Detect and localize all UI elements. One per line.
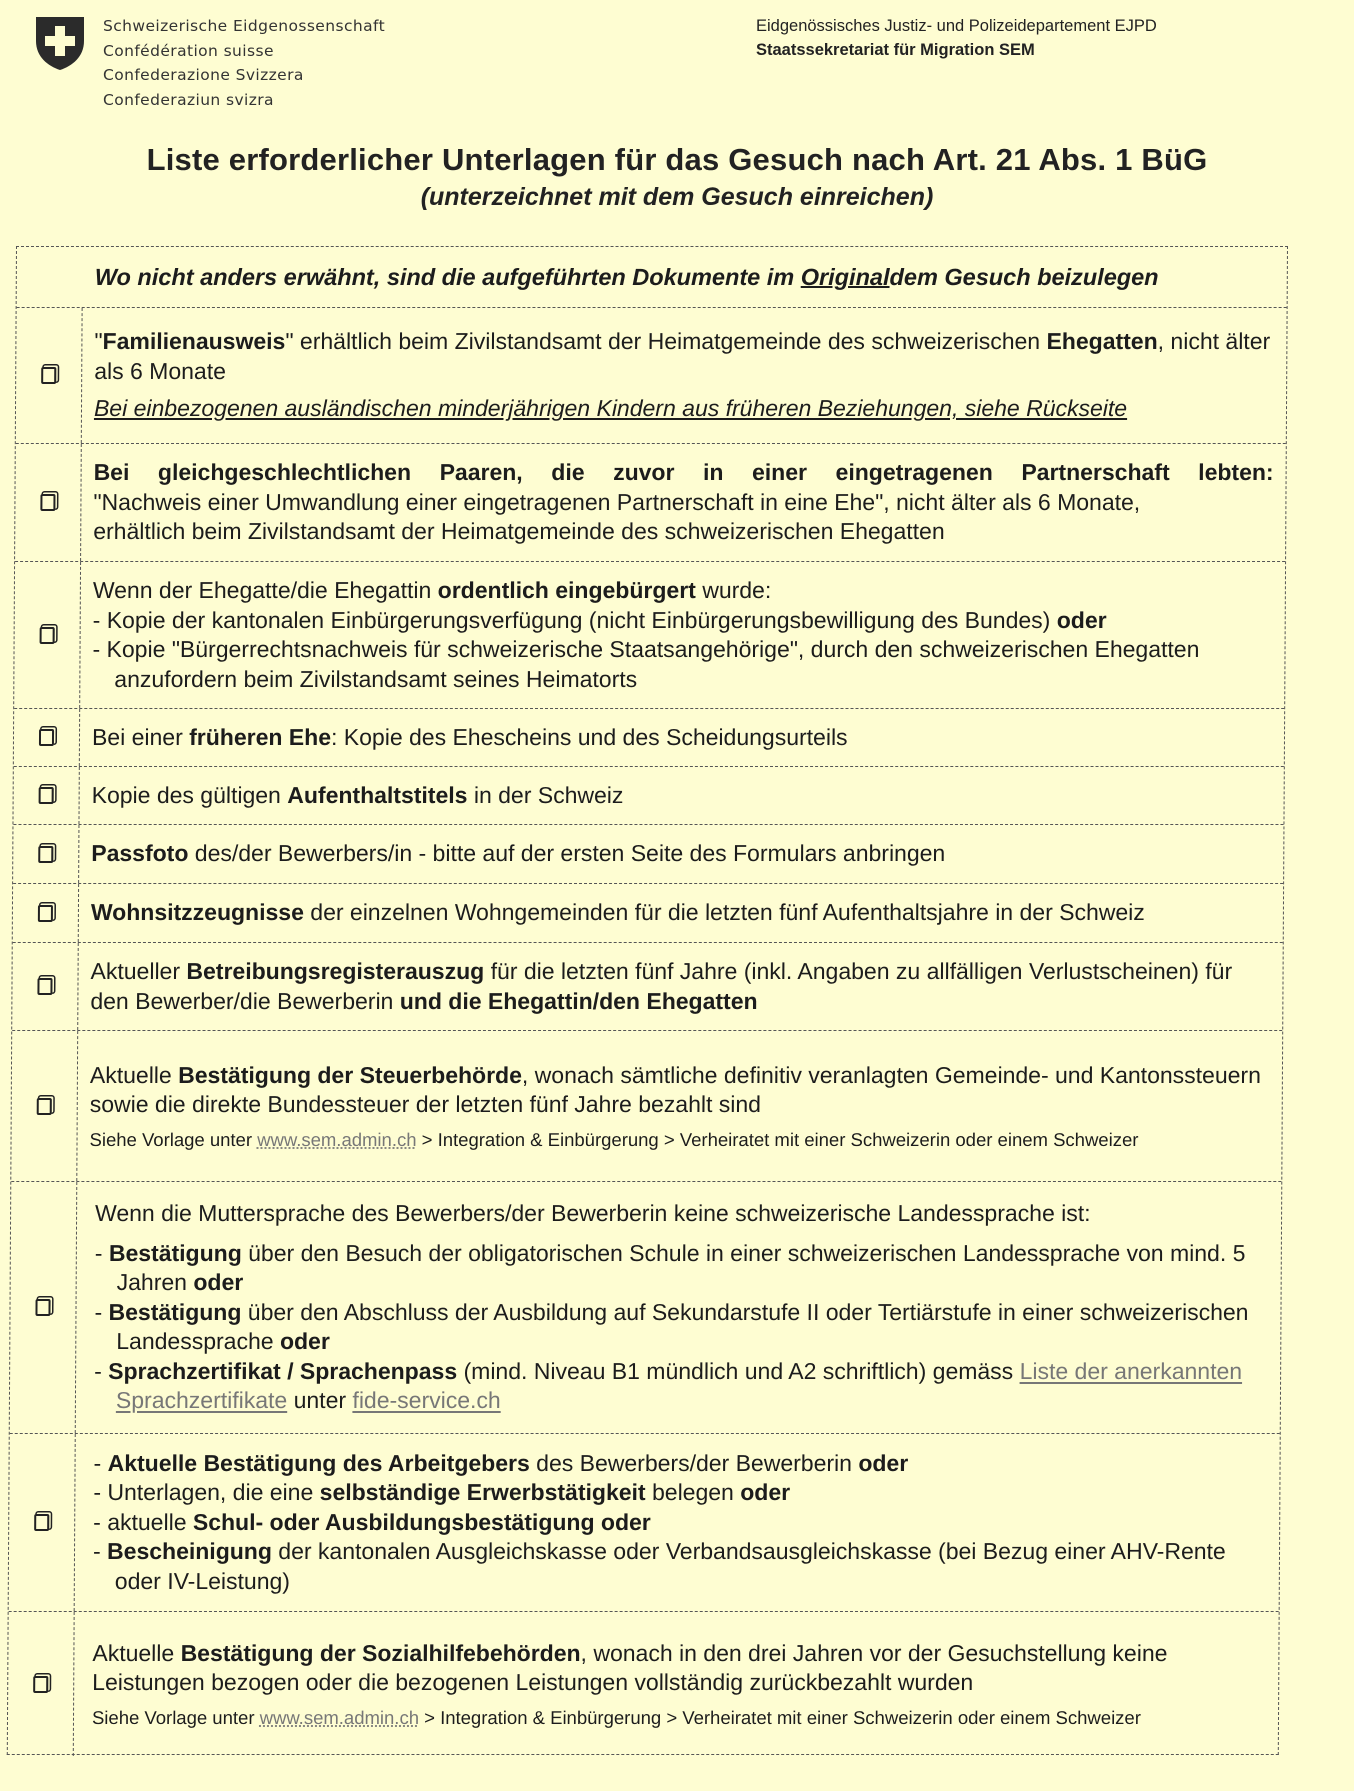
original-documents-note: Wo nicht anders erwähnt, sind die aufgef… bbox=[95, 247, 1277, 307]
checklist-item-residence-certificates: Wohnsitzzeugnisse der einzelnen Wohngeme… bbox=[13, 883, 1283, 942]
checklist-item-tax-confirmation: Aktuelle Bestätigung der Steuerbehörde, … bbox=[11, 1030, 1282, 1181]
checklist-item-partnership-conversion: Bei gleichgeschlechtlichen Paaren, die z… bbox=[15, 443, 1286, 561]
checklist-item-residence-permit: Kopie des gültigen Aufenthaltstitels in … bbox=[13, 766, 1283, 824]
confederation-name-it: Confederazione Svizzera bbox=[103, 63, 385, 88]
checkbox-icon[interactable] bbox=[37, 978, 52, 995]
checkbox-icon[interactable] bbox=[41, 367, 56, 384]
checkbox-icon[interactable] bbox=[39, 787, 54, 804]
checklist-item-language-proof: Wenn die Muttersprache des Bewerbers/der… bbox=[10, 1181, 1282, 1433]
confederation-name-fr: Confédération suisse bbox=[103, 39, 385, 64]
swiss-coat-of-arms-icon bbox=[34, 15, 86, 71]
checklist-item-employment-proof: - Aktuelle Bestätigung des Arbeitgebers … bbox=[9, 1433, 1280, 1611]
document-checklist-table: Wo nicht anders erwähnt, sind die aufgef… bbox=[7, 246, 1288, 1755]
checkbox-icon[interactable] bbox=[33, 1676, 48, 1693]
original-emphasis: Original bbox=[801, 264, 890, 291]
sem-website-link[interactable]: www.sem.admin.ch bbox=[260, 1707, 419, 1728]
checkbox-icon[interactable] bbox=[38, 846, 53, 863]
checklist-item-previous-marriage: Bei einer früheren Ehe: Kopie des Ehesch… bbox=[14, 708, 1284, 766]
checklist-item-debt-register: Aktueller Betreibungsregisterauszug für … bbox=[12, 942, 1283, 1030]
sem-website-link[interactable]: www.sem.admin.ch bbox=[257, 1129, 416, 1150]
checklist-item-naturalized-spouse: Wenn der Ehegatte/die Ehegattin ordentli… bbox=[14, 561, 1285, 708]
page-title: Liste erforderlicher Unterlagen für das … bbox=[0, 142, 1354, 178]
table-note-row: Wo nicht anders erwähnt, sind die aufgef… bbox=[17, 247, 1287, 307]
children-note-link[interactable]: Bei einbezogenen ausländischen minderjäh… bbox=[94, 394, 1274, 424]
checkbox-icon[interactable] bbox=[35, 1299, 50, 1316]
checkbox-icon[interactable] bbox=[40, 494, 55, 511]
checklist-item-familienausweis: "Familienausweis" erhältlich beim Zivils… bbox=[16, 307, 1287, 443]
checkbox-icon[interactable] bbox=[40, 627, 55, 644]
confederation-name-de: Schweizerische Eidgenossenschaft bbox=[103, 14, 385, 39]
department-block: Eidgenössisches Justiz- und Polizeidepar… bbox=[756, 14, 1157, 62]
fide-service-link[interactable]: fide-service.ch bbox=[352, 1387, 500, 1413]
checklist-item-passport-photo: Passfoto des/der Bewerbers/in - bitte au… bbox=[13, 824, 1283, 883]
confederation-names: Schweizerische Eidgenossenschaft Confédé… bbox=[103, 14, 385, 112]
checkbox-icon[interactable] bbox=[38, 905, 53, 922]
confederation-name-rm: Confederaziun svizra bbox=[103, 88, 385, 113]
page-subtitle: (unterzeichnet mit dem Gesuch einreichen… bbox=[0, 183, 1354, 212]
checkbox-icon[interactable] bbox=[37, 1098, 52, 1115]
checklist-item-social-welfare: Aktuelle Bestätigung der Sozialhilfebehö… bbox=[8, 1611, 1279, 1756]
checkbox-icon[interactable] bbox=[34, 1514, 49, 1531]
department-name: Eidgenössisches Justiz- und Polizeidepar… bbox=[756, 14, 1157, 38]
checkbox-icon[interactable] bbox=[39, 729, 54, 746]
secretariat-name: Staatssekretariat für Migration SEM bbox=[756, 38, 1157, 62]
